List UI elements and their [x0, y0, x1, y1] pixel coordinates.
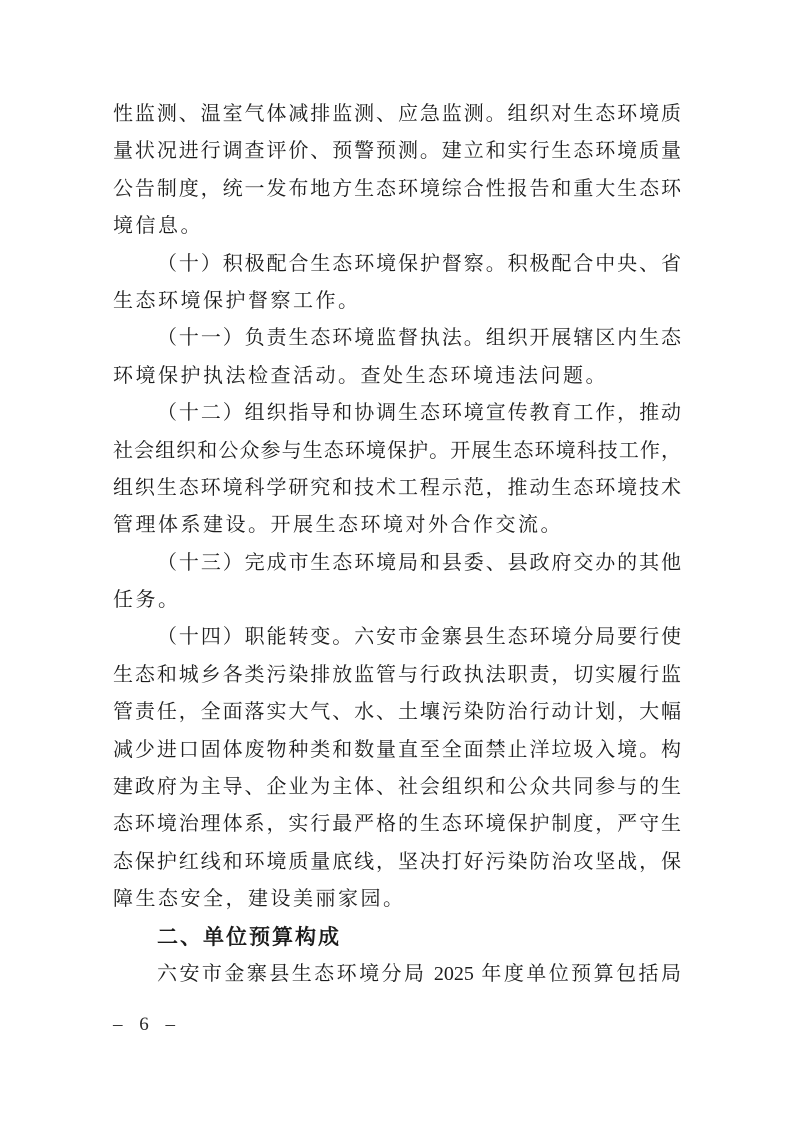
text-line: 量状况进行调查评价、预警预测。建立和实行生态环境质量: [113, 133, 681, 170]
text-line: 任务。: [113, 582, 681, 619]
text-line: 障生态安全，建设美丽家园。: [113, 881, 681, 918]
text-line: 管责任，全面落实大气、水、土壤污染防治行动计划，大幅: [113, 694, 681, 731]
text-line: 生态和城乡各类污染排放监管与行政执法职责，切实履行监: [113, 657, 681, 694]
text-line: （十二）组织指导和协调生态环境宣传教育工作，推动: [113, 395, 681, 432]
text-line: 态保护红线和环境质量底线，坚决打好污染防治攻坚战，保: [113, 844, 681, 881]
section-heading: 二、单位预算构成: [113, 919, 681, 956]
text-line: 公告制度，统一发布地方生态环境综合性报告和重大生态环: [113, 171, 681, 208]
text-line: （十三）完成市生态环境局和县委、县政府交办的其他: [113, 545, 681, 582]
document-body: 性监测、温室气体减排监测、应急监测。组织对生态环境质 量状况进行调查评价、预警预…: [113, 96, 681, 993]
text-line: 性监测、温室气体减排监测、应急监测。组织对生态环境质: [113, 96, 681, 133]
text-line: 态环境治理体系，实行最严格的生态环境保护制度，严守生: [113, 806, 681, 843]
document-page: 性监测、温室气体减排监测、应急监测。组织对生态环境质 量状况进行调查评价、预警预…: [0, 0, 793, 1122]
text-line: 境信息。: [113, 208, 681, 245]
text-line: 六安市金寨县生态环境分局 2025 年度单位预算包括局: [113, 956, 681, 993]
page-number: – 6 –: [113, 1014, 181, 1036]
text-line: 生态环境保护督察工作。: [113, 283, 681, 320]
text-line: 环境保护执法检查活动。查处生态环境违法问题。: [113, 358, 681, 395]
text-line: （十四）职能转变。六安市金寨县生态环境分局要行使: [113, 619, 681, 656]
text-line: 建政府为主导、企业为主体、社会组织和公众共同参与的生: [113, 769, 681, 806]
text-line: 减少进口固体废物种类和数量直至全面禁止洋垃圾入境。构: [113, 732, 681, 769]
text-line: 管理体系建设。开展生态环境对外合作交流。: [113, 507, 681, 544]
text-line: 组织生态环境科学研究和技术工程示范，推动生态环境技术: [113, 470, 681, 507]
text-line: （十一）负责生态环境监督执法。组织开展辖区内生态: [113, 320, 681, 357]
text-line: （十）积极配合生态环境保护督察。积极配合中央、省: [113, 246, 681, 283]
text-line: 社会组织和公众参与生态环境保护。开展生态环境科技工作，: [113, 433, 681, 470]
